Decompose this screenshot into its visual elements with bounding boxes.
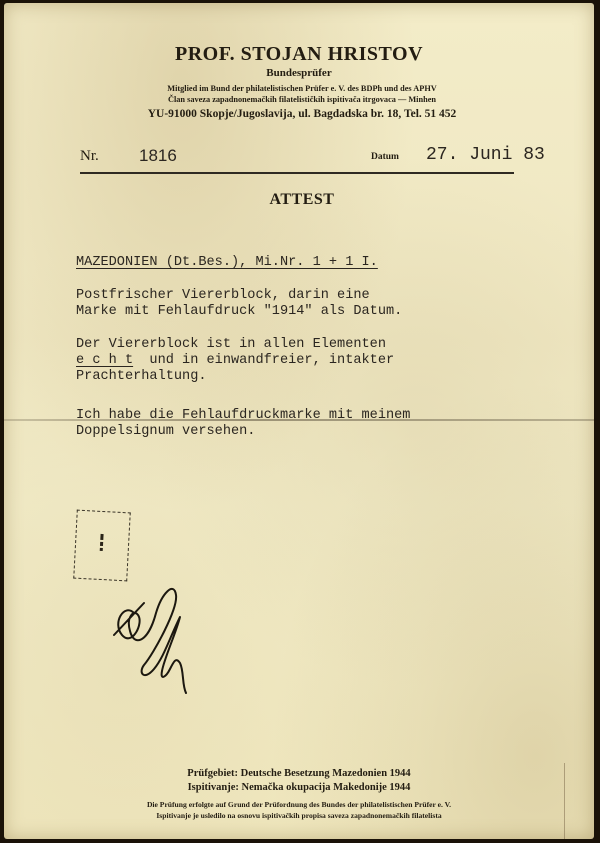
- number-label: Nr.: [80, 148, 99, 165]
- paragraph-2-line-2: e c h t und in einwandfreier, intakter: [76, 353, 394, 368]
- examiner-name: PROF. STOJAN HRISTOV: [4, 43, 594, 66]
- genuine-emphasis: e c h t: [76, 353, 133, 368]
- date-label: Datum: [371, 152, 399, 162]
- document-title: ATTEST: [10, 191, 594, 209]
- stamp-mark: [99, 534, 104, 552]
- exam-area-serbian: Ispitivanje: Nemačka okupacija Makedonij…: [4, 782, 594, 793]
- subject-line: MAZEDONIEN (Dt.Bes.), Mi.Nr. 1 + 1 I.: [76, 255, 378, 270]
- paragraph-2-line-1: Der Viererblock ist in allen Elementen: [76, 337, 386, 352]
- examiner-stamp-icon: [73, 510, 131, 582]
- membership-german: Mitglied im Bund der philatelistischen P…: [10, 84, 594, 93]
- certificate-number: 1816: [139, 146, 177, 166]
- paragraph-1-line-1: Postfrischer Viererblock, darin eine: [76, 288, 370, 303]
- paragraph-3-line-2: Doppelsignum versehen.: [76, 424, 255, 439]
- paragraph-2-line-2-rest: und in einwandfreier, intakter: [133, 353, 394, 368]
- paragraph-2-line-3: Prachterhaltung.: [76, 369, 207, 384]
- signature-icon: [104, 573, 214, 698]
- exam-basis-serbian: Ispitivanje je usledilo na osnovu ispiti…: [4, 811, 594, 820]
- exam-area-german: Prüfgebiet: Deutsche Besetzung Mazedonie…: [4, 768, 594, 779]
- membership-serbian: Član saveza zapadnonemačkih filatelistič…: [10, 95, 594, 104]
- examiner-title: Bundesprüfer: [4, 67, 594, 79]
- examiner-address: YU-91000 Skopje/Jugoslavija, ul. Bagdads…: [10, 108, 594, 120]
- paragraph-3-line-1: Ich habe die Fehlaufdruckmarke mit meine…: [76, 408, 410, 423]
- attest-document: PROF. STOJAN HRISTOV Bundesprüfer Mitgli…: [4, 3, 594, 839]
- exam-basis-german: Die Prüfung erfolgte auf Grund der Prüfo…: [4, 800, 594, 809]
- header-divider: [80, 172, 514, 174]
- certificate-date: 27. Juni 83: [426, 145, 545, 165]
- paragraph-1-line-2: Marke mit Fehlaufdruck "1914" als Datum.: [76, 304, 402, 319]
